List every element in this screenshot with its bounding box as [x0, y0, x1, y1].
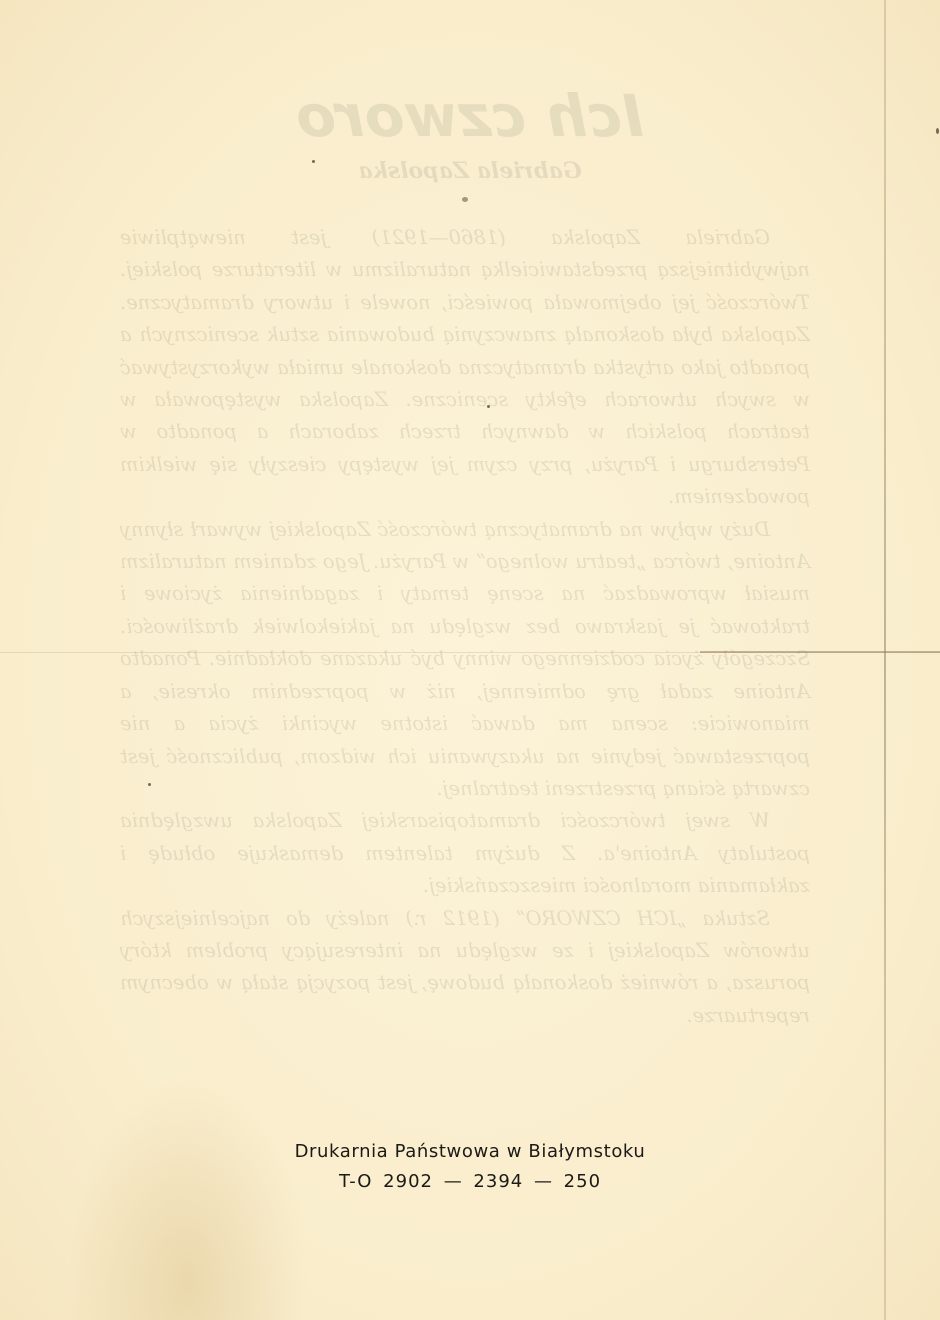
paper-sheet: Ich czworo Gabriela Zapolska Gabriela Za…: [0, 0, 940, 1320]
show-through-body: Gabriela Zapolska (1860—1921) jest niewą…: [120, 222, 810, 1032]
print-order-code: T-O 2902 — 2394 — 250: [0, 1166, 940, 1198]
vertical-fold-crease: [884, 0, 886, 1320]
paper-speck: [148, 783, 151, 786]
paper-speck: [487, 405, 490, 408]
printer-name: Drukarnia Państwowa w Białymstoku: [0, 1138, 940, 1166]
paper-speck: [936, 128, 939, 134]
show-through-title: Ich czworo: [0, 82, 940, 150]
paper-speck: [312, 160, 315, 163]
show-through-subtitle: Gabriela Zapolska: [0, 158, 940, 184]
show-through-paragraph: Sztuka „ICH CZWORO” (1912 r.) należy do …: [120, 903, 810, 1033]
printer-imprint: Drukarnia Państwowa w Białymstoku T-O 29…: [0, 1138, 940, 1198]
paper-speck: [462, 197, 468, 202]
show-through-paragraph: Gabriela Zapolska (1860—1921) jest niewą…: [120, 222, 810, 514]
show-through-paragraph: W swej twórczości dramatopisarskiej Zapo…: [120, 805, 810, 902]
horizontal-fold-crease-edge: [700, 651, 940, 653]
show-through-paragraph: Duży wpływ na dramatyczną twórczość Zapo…: [120, 514, 810, 806]
